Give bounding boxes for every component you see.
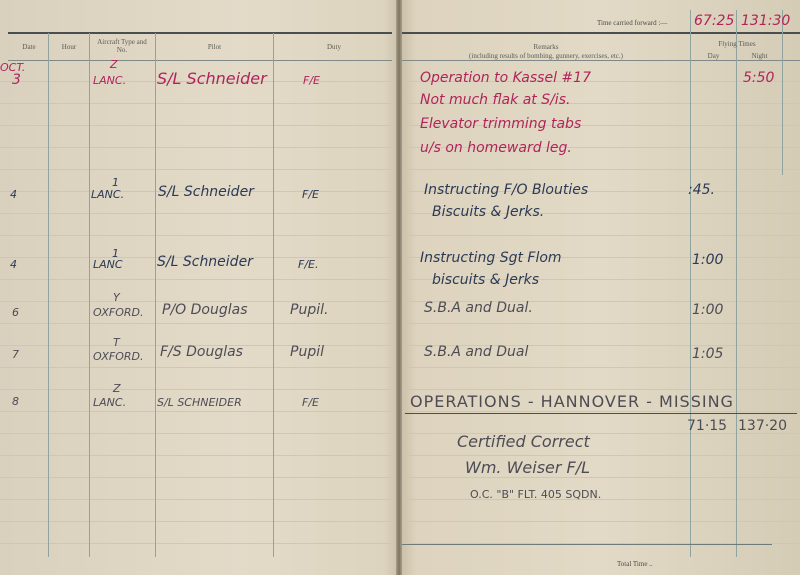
duty: F/E (302, 396, 319, 409)
pilot-name: S/L Schneider (157, 69, 267, 88)
col-header-aircraft: Aircraft Type and No. (92, 38, 152, 54)
col-divider (690, 10, 691, 557)
day-time: 1:00 (692, 302, 723, 318)
col-header-day: Day (691, 52, 736, 60)
remark-line: Elevator trimming tabs (420, 116, 581, 132)
aircraft-number: Z (110, 58, 118, 71)
col-divider (273, 33, 274, 557)
total-day: 71·15 (687, 418, 727, 434)
header-rule-bottom (402, 60, 800, 61)
day-time: :45. (688, 182, 715, 198)
col-divider (736, 10, 737, 557)
duty: F/E (303, 74, 320, 87)
remark-line: biscuits & Jerks (432, 272, 539, 288)
col-header-night: Night (737, 52, 782, 60)
col-divider (89, 33, 90, 557)
logbook-spread: Date Hour Aircraft Type and No. Pilot Du… (0, 0, 800, 575)
pilot-name: S/L Schneider (158, 184, 254, 200)
aircraft-type: LANC. (91, 188, 124, 201)
remark-line: S.B.A and Dual (424, 344, 528, 360)
duty: Pupil. (290, 302, 328, 318)
entry-date: 4 (10, 188, 17, 201)
duty: F/E. (298, 258, 318, 271)
header-rule-bottom (8, 60, 392, 61)
total-time-label: Total Time .. (617, 560, 653, 568)
remark-line: Operation to Kassel #17 (420, 70, 591, 86)
entry-date: 3 (12, 72, 21, 88)
day-time: 1:05 (692, 346, 723, 362)
entry-date: 7 (12, 348, 19, 361)
pilot-name: P/O Douglas (162, 302, 248, 318)
header-rule (402, 32, 800, 34)
aircraft-type: LANC. (93, 396, 126, 409)
missing-underline (405, 413, 797, 414)
duty: Pupil (290, 344, 324, 360)
aircraft-number: Z (113, 382, 121, 395)
aircraft-type: OXFORD. (93, 306, 144, 319)
col-header-remarks: Remarks (402, 43, 690, 51)
aircraft-number: Y (113, 291, 120, 304)
carried-forward-day: 67:25 (694, 13, 734, 29)
aircraft-type: OXFORD. (93, 350, 144, 363)
aircraft-type: LANC. (93, 74, 126, 87)
remark-line: OPERATIONS - HANNOVER - MISSING (410, 392, 734, 411)
remark-line: Not much flak at S/is. (420, 92, 570, 108)
col-header-duty: Duty (274, 43, 394, 51)
remark-line: Instructing Sgt Flom (420, 250, 562, 266)
col-header-date: Date (10, 43, 48, 51)
remark-line: u/s on homeward leg. (420, 140, 572, 156)
certification-line1: Certified Correct (457, 432, 590, 451)
aircraft-number: T (113, 336, 120, 349)
col-divider (782, 10, 783, 175)
left-page: Date Hour Aircraft Type and No. Pilot Du… (0, 0, 396, 575)
header-rule (8, 32, 392, 34)
pilot-name: S/L SCHNEIDER (157, 396, 242, 409)
certification-unit: O.C. "B" FLT. 405 SQDN. (470, 488, 601, 501)
pilot-name: S/L Schneider (157, 254, 253, 270)
duty: F/E (302, 188, 319, 201)
right-page: Time carried forward :— 67:25 131:30 Rem… (402, 0, 800, 575)
night-time: 5:50 (743, 70, 774, 86)
col-header-pilot: Pilot (156, 43, 273, 51)
pilot-name: F/S Douglas (160, 344, 243, 360)
col-header-flying-times: Flying Times (691, 40, 783, 48)
remark-line: Instructing F/O Blouties (424, 182, 588, 198)
col-divider (48, 33, 49, 557)
carried-forward-night: 131:30 (741, 13, 790, 29)
col-header-hour: Hour (49, 43, 89, 51)
col-divider (155, 33, 156, 557)
col-header-remarks-sub: (including results of bombing, gunnery, … (402, 52, 690, 60)
total-night: 137·20 (738, 418, 787, 434)
aircraft-type: LANC (93, 258, 123, 271)
remark-line: Biscuits & Jerks. (432, 204, 544, 220)
carried-forward-label: Time carried forward :— (597, 19, 667, 27)
entry-date: 6 (12, 306, 19, 319)
entry-date: 4 (10, 258, 17, 271)
footer-rule (402, 544, 772, 545)
day-time: 1:00 (692, 252, 723, 268)
entry-date: 8 (12, 395, 19, 408)
remark-line: S.B.A and Dual. (424, 300, 533, 316)
certification-signature: Wm. Weiser F/L (465, 458, 590, 477)
